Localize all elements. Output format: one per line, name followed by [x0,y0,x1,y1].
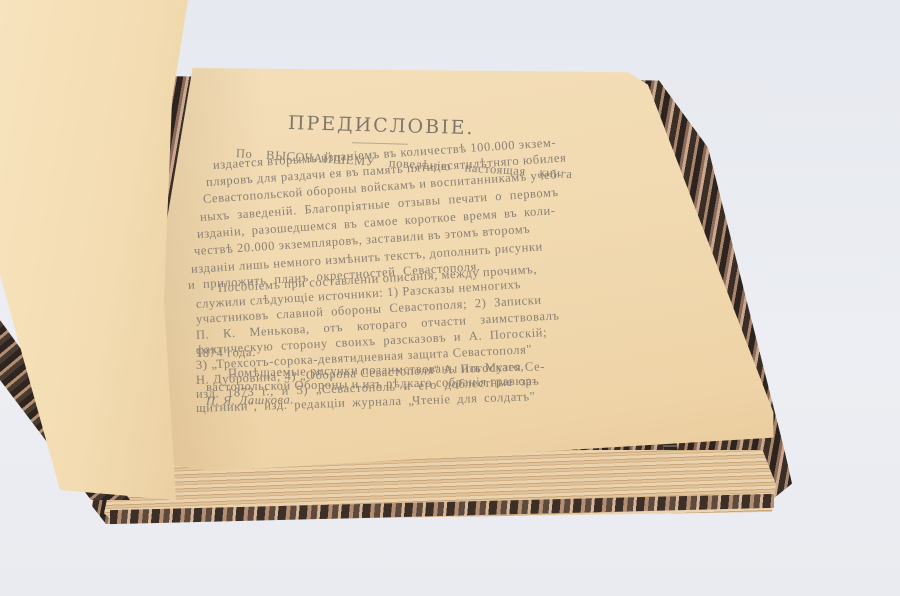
text-line: П. Я. Дашкова. [206,392,294,409]
book-photo: ПРЕДИСЛОВІЕ. По ВЫСОЧАЙШЕМУ повелѣнію на… [0,0,900,596]
text-line: 1874 года. [196,345,256,361]
